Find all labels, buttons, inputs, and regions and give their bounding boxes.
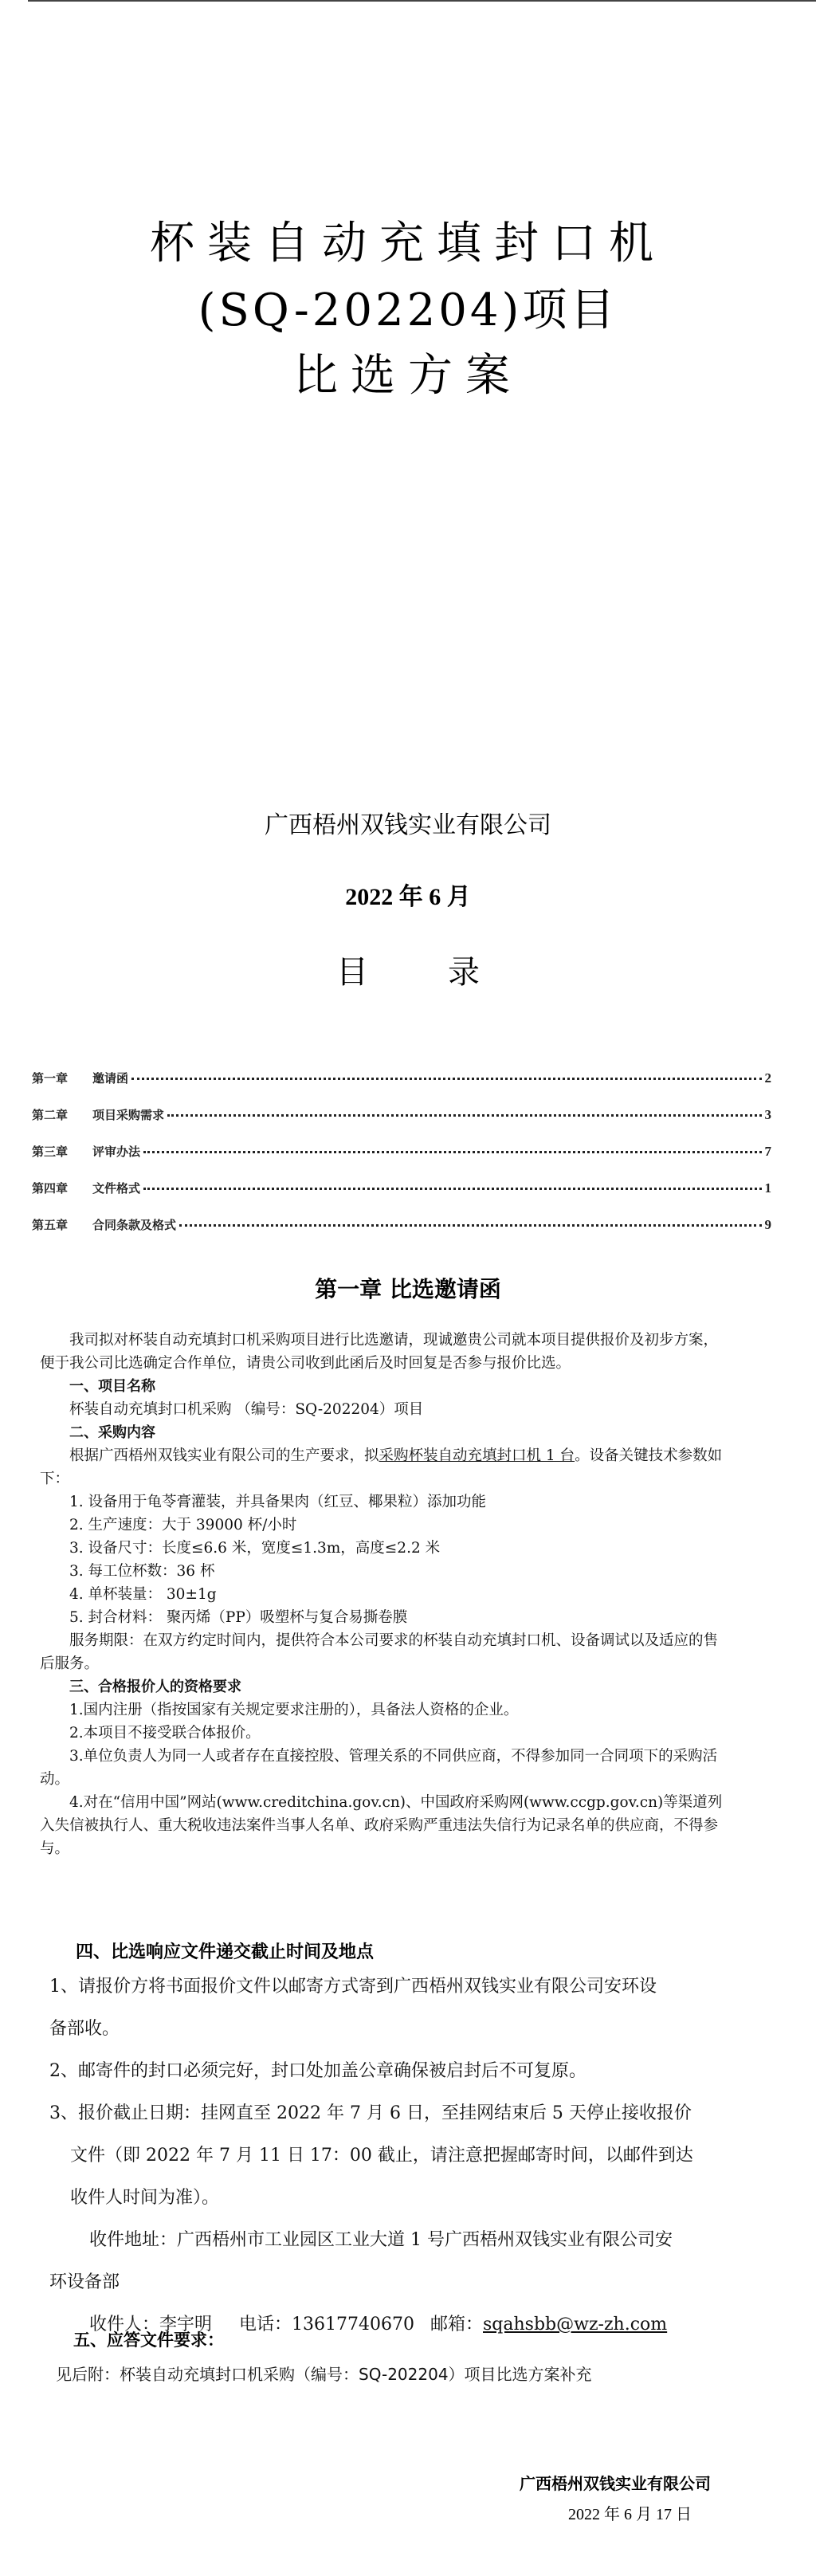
cover-date: 2022 年 6 月 [0, 877, 816, 912]
toc-chapter: 第四章 [32, 1180, 92, 1196]
toc-dot-leader [143, 1151, 761, 1153]
submission-item-3-line3: 收件人时间为准）。 [49, 2177, 767, 2219]
toc-page-number: 3 [765, 1107, 772, 1123]
qualification-item: 4.对在“信用中国”网站(www.creditchina.gov.cn)、中国政… [40, 1791, 725, 1860]
toc-title: 目录 [0, 947, 816, 992]
section-heading-procurement: 二、采购内容 [40, 1421, 725, 1444]
cover-company-name: 广西梧州双钱实业有限公司 [0, 805, 816, 840]
project-name-text: 杯装自动充填封口机采购 （编号：SQ-202204）项目 [40, 1398, 725, 1421]
email-link[interactable]: sqahsbb@wz-zh.com [483, 2303, 667, 2346]
param-item: 3. 设备尺寸：长度≤6.6 米，宽度≤1.3m，高度≤2.2 米 [40, 1537, 725, 1560]
cover-title-line2: (SQ-202204)项目 [0, 289, 816, 333]
toc-chapter: 第三章 [32, 1143, 92, 1160]
param-item: 2. 生产速度：大于 39000 杯/小时 [40, 1514, 725, 1537]
section-heading-deadline: 四、比选响应文件递交截止时间及地点 [76, 1938, 374, 1963]
signature-date: 2022 年 6 月 17 日 [568, 2501, 692, 2524]
address-line2: 环设备部 [49, 2261, 767, 2303]
toc-chapter: 第一章 [32, 1070, 92, 1086]
param-item: 3. 每工位杯数：36 杯 [40, 1560, 725, 1583]
qualification-item: 1.国内注册（指按国家有关规定要求注册的），具备法人资格的企业。 [40, 1698, 725, 1722]
submission-item-3-line1: 3、报价截止日期：挂网直至 2022 年 7 月 6 日，至挂网结束后 5 天停… [49, 2092, 767, 2134]
service-period-text: 服务期限：在双方约定时间内，提供符合本公司要求的杯装自动充填封口机、设备调试以及… [40, 1629, 725, 1675]
toc-item[interactable]: 第五章 合同条款及格式 9 [32, 1216, 771, 1253]
toc-item[interactable]: 第四章 文件格式 1 [32, 1180, 771, 1216]
address-line1: 收件地址：广西梧州市工业园区工业大道 1 号广西梧州双钱实业有限公司安 [49, 2219, 767, 2261]
toc-dot-leader [167, 1114, 761, 1117]
procurement-text-prefix: 根据广西梧州双钱实业有限公司的生产要求，拟 [69, 1447, 379, 1464]
toc-dot-leader [131, 1078, 761, 1080]
toc-page-number: 2 [765, 1070, 772, 1086]
cover-title-line1: 杯装自动充填封口机 [0, 222, 816, 266]
qualification-item: 2.本项目不接受联合体报价。 [40, 1722, 725, 1745]
chapter-heading: 第一章 比选邀请函 [0, 1272, 816, 1304]
toc-dot-leader [143, 1188, 761, 1190]
toc-chapter: 第五章 [32, 1216, 92, 1233]
qualification-item: 3.单位负责人为同一人或者存在直接控股、管理关系的不同供应商，不得参加同一合同项… [40, 1745, 725, 1791]
submission-item-1-line2: 备部收。 [49, 2008, 767, 2050]
intro-paragraph: 我司拟对杯装自动充填封口机采购项目进行比选邀请，现诚邀贵公司就本项目提供报价及初… [40, 1329, 725, 1375]
deadline-details: 1、请报价方将书面报价文件以邮寄方式寄到广西梧州双钱实业有限公司安环设 备部收。… [49, 1965, 767, 2346]
signature-company: 广西梧州双钱实业有限公司 [520, 2471, 711, 2494]
toc-name: 项目采购需求 [92, 1106, 164, 1123]
submission-item-3-line2: 文件（即 2022 年 7 月 11 日 17：00 截止，请注意把握邮寄时间，… [49, 2134, 767, 2177]
submission-item-1-line1: 1、请报价方将书面报价文件以邮寄方式寄到广西梧州双钱实业有限公司安环设 [49, 1965, 767, 2008]
section-heading-project-name: 一、项目名称 [40, 1375, 725, 1398]
cover-title-line3: 比选方案 [0, 354, 816, 399]
section-heading-response-requirements: 五、应答文件要求： [73, 2327, 224, 2351]
submission-item-2: 2、邮寄件的封口必须完好，封口处加盖公章确保被启封后不可复原。 [49, 2050, 767, 2092]
toc-page-number: 7 [765, 1144, 772, 1160]
procurement-underlined: 采购杯装自动充填封口机 1 台 [379, 1447, 575, 1464]
section-heading-qualification: 三、合格报价人的资格要求 [40, 1675, 725, 1698]
toc-chapter: 第二章 [32, 1106, 92, 1123]
procurement-text: 根据广西梧州双钱实业有限公司的生产要求，拟采购杯装自动充填封口机 1 台。设备关… [40, 1444, 725, 1490]
param-item: 1. 设备用于龟苓膏灌装，并具备果肉（红豆、椰果粒）添加功能 [40, 1490, 725, 1514]
toc-title-right: 录 [448, 947, 480, 992]
chapter1-body: 我司拟对杯装自动充填封口机采购项目进行比选邀请，现诚邀贵公司就本项目提供报价及初… [40, 1329, 725, 1860]
toc-item[interactable]: 第一章 邀请函 2 [32, 1070, 771, 1106]
toc-page-number: 9 [765, 1217, 772, 1233]
email-label: 邮箱： [430, 2303, 483, 2346]
param-item: 5. 封合材料： 聚丙烯（PP）吸塑杯与复合易撕卷膜 [40, 1606, 725, 1629]
toc-item[interactable]: 第三章 评审办法 7 [32, 1143, 771, 1180]
param-item: 4. 单杯装量： 30±1g [40, 1583, 725, 1606]
toc-item[interactable]: 第二章 项目采购需求 3 [32, 1106, 771, 1143]
toc-name: 评审办法 [92, 1143, 140, 1160]
toc-name: 邀请函 [92, 1070, 128, 1086]
phone[interactable]: 电话：13617740670 [239, 2303, 414, 2346]
toc-title-left: 目 [336, 947, 368, 992]
appendix-reference: 见后附：杯装自动充填封口机采购（编号：SQ-202204）项目比选方案补充 [56, 2362, 592, 2385]
toc-name: 合同条款及格式 [92, 1216, 176, 1233]
toc-name: 文件格式 [92, 1180, 140, 1196]
toc-page-number: 1 [765, 1180, 772, 1196]
page-top-border [28, 0, 816, 2]
table-of-contents: 第一章 邀请函 2 第二章 项目采购需求 3 第三章 评审办法 7 第四章 文件… [32, 1070, 771, 1253]
toc-dot-leader [179, 1224, 761, 1227]
